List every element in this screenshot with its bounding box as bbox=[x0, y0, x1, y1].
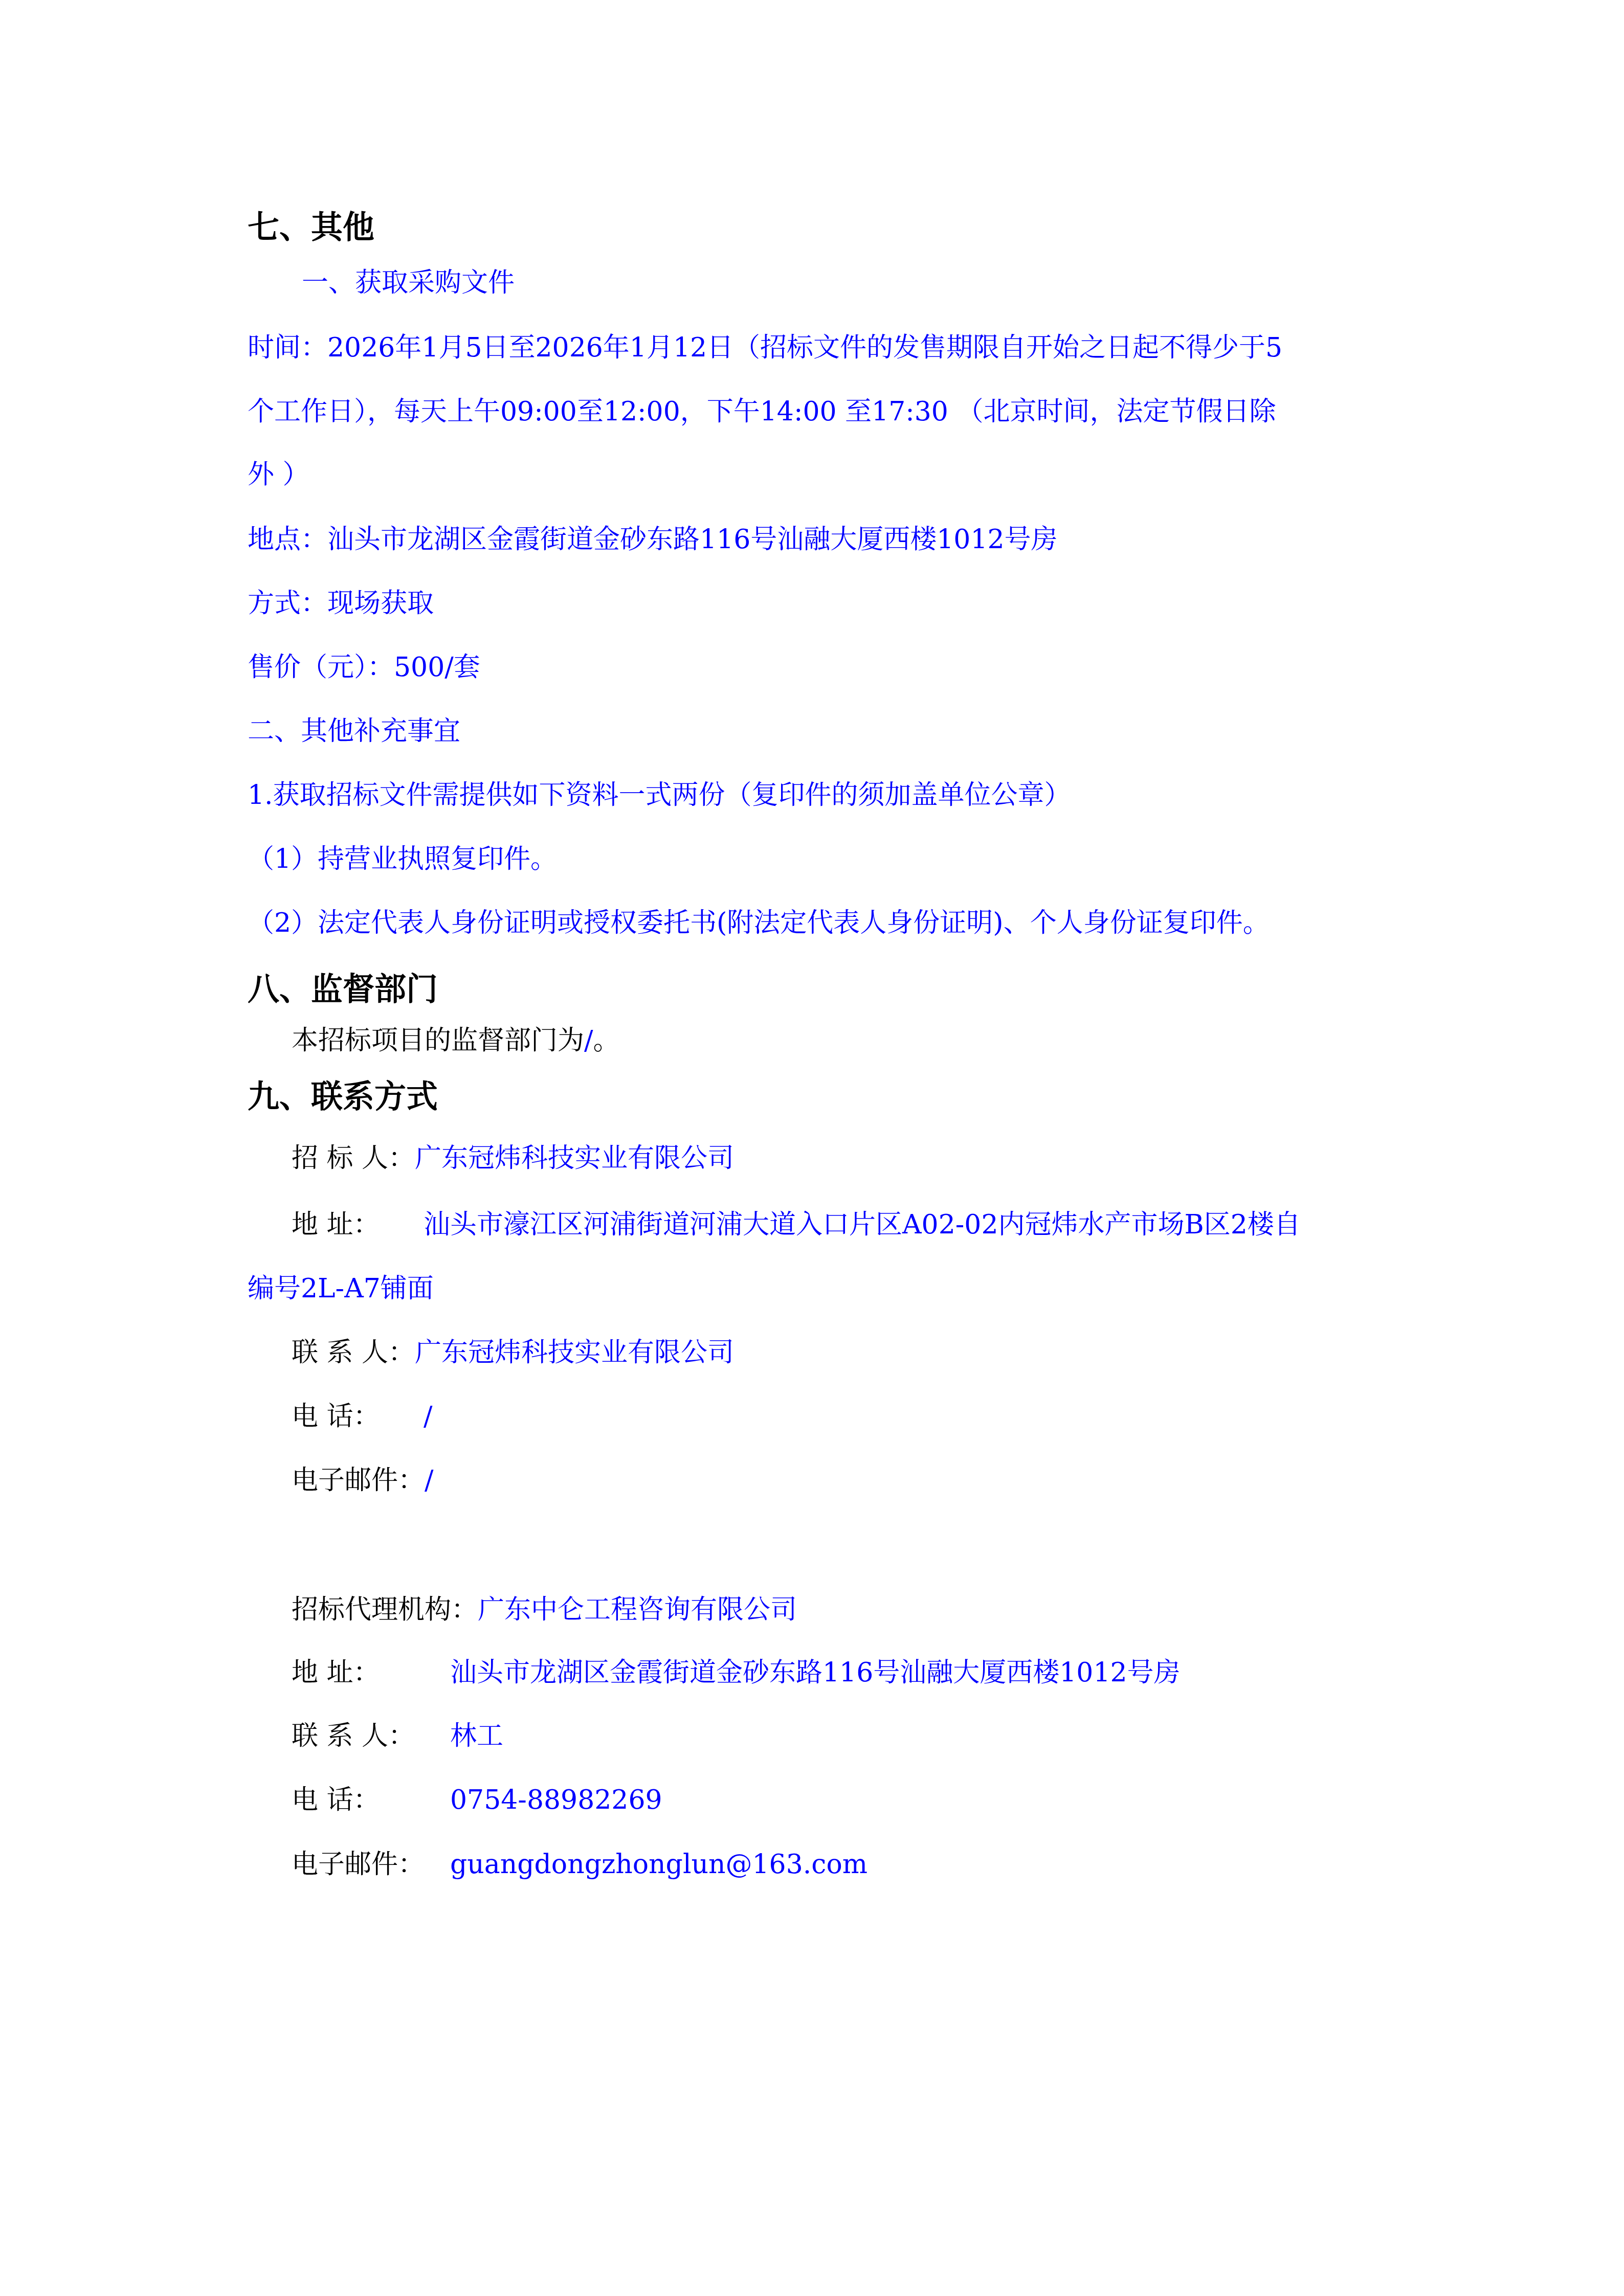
tenderer-phone-value: / bbox=[424, 1401, 433, 1432]
agent-phone-row: 电 话：0754-88982269 bbox=[292, 1782, 662, 1818]
requirement-item-1: 1.获取招标文件需提供如下资料一式两份（复印件的须加盖单位公章） bbox=[248, 777, 1071, 813]
price-line: 售价（元）：500/套 bbox=[248, 649, 480, 685]
time-line-2: 个工作日），每天上午09:00至12:00，下午14:00 至17:30 （北京… bbox=[248, 394, 1276, 430]
subsection-other-title: 二、其他补充事宜 bbox=[248, 713, 460, 749]
tenderer-address-row: 地 址：汕头市濠江区河浦街道河浦大道入口片区A02-02内冠炜水产市场B区2楼自 bbox=[292, 1207, 1301, 1243]
tenderer-email-label: 电子邮件： bbox=[292, 1462, 425, 1498]
section-8-heading: 八、监督部门 bbox=[248, 972, 438, 1007]
supervision-text-suffix: 。 bbox=[593, 1025, 620, 1056]
section-7-heading: 七、其他 bbox=[248, 210, 374, 245]
tenderer-contact-label: 联 系 人： bbox=[292, 1335, 415, 1370]
agent-name-value: 广东中仑工程咨询有限公司 bbox=[478, 1594, 797, 1625]
subsection-obtain-docs-title: 一、获取采购文件 bbox=[302, 265, 515, 301]
tenderer-address-label: 地 址： bbox=[292, 1207, 424, 1243]
time-line-1: 时间：2026年1月5日至2026年1月12日（招标文件的发售期限自开始之日起不… bbox=[248, 330, 1282, 366]
agent-contact-value: 林工 bbox=[450, 1721, 503, 1751]
agent-email-label: 电子邮件： bbox=[292, 1847, 450, 1882]
agent-email-value: guangdongzhonglun@163.com bbox=[450, 1849, 867, 1880]
tenderer-name-value: 广东冠炜科技实业有限公司 bbox=[415, 1143, 734, 1174]
agent-contact-label: 联 系 人： bbox=[292, 1718, 450, 1754]
agent-email-row: 电子邮件：guangdongzhonglun@163.com bbox=[292, 1847, 867, 1882]
tenderer-phone-label: 电 话： bbox=[292, 1399, 424, 1434]
tenderer-contact-row: 联 系 人：广东冠炜科技实业有限公司 bbox=[292, 1335, 734, 1370]
tenderer-email-row: 电子邮件：/ bbox=[292, 1462, 434, 1498]
location-line: 地点：汕头市龙湖区金霞街道金砂东路116号汕融大厦西楼1012号房 bbox=[248, 522, 1058, 557]
agent-address-value: 汕头市龙湖区金霞街道金砂东路116号汕融大厦西楼1012号房 bbox=[450, 1657, 1181, 1688]
tenderer-email-value: / bbox=[425, 1465, 434, 1496]
tenderer-contact-value: 广东冠炜科技实业有限公司 bbox=[415, 1337, 734, 1368]
agent-address-label: 地 址： bbox=[292, 1655, 450, 1691]
requirement-item-1-2: （2）法定代表人身份证明或授权委托书(附法定代表人身份证明)、个人身份证复印件。 bbox=[248, 905, 1270, 941]
requirement-item-1-1: （1）持营业执照复印件。 bbox=[248, 841, 557, 877]
tenderer-address-value-line2: 编号2L-A7铺面 bbox=[248, 1271, 434, 1307]
time-line-3: 外 ） bbox=[248, 457, 309, 492]
document-page: 七、其他 一、获取采购文件 时间：2026年1月5日至2026年1月12日（招标… bbox=[0, 0, 1624, 2296]
tenderer-name-row: 招 标 人：广东冠炜科技实业有限公司 bbox=[292, 1140, 734, 1176]
section-9-heading: 九、联系方式 bbox=[248, 1079, 438, 1115]
supervision-value: / bbox=[584, 1025, 593, 1056]
tenderer-name-label: 招 标 人： bbox=[292, 1140, 415, 1176]
supervision-text: 本招标项目的监督部门为/。 bbox=[292, 1023, 620, 1059]
agent-name-label: 招标代理机构： bbox=[292, 1592, 478, 1628]
agent-phone-label: 电 话： bbox=[292, 1782, 450, 1818]
agent-phone-value: 0754-88982269 bbox=[450, 1785, 662, 1815]
agent-contact-row: 联 系 人：林工 bbox=[292, 1718, 503, 1754]
supervision-text-prefix: 本招标项目的监督部门为 bbox=[292, 1025, 584, 1056]
tenderer-phone-row: 电 话：/ bbox=[292, 1399, 433, 1434]
method-line: 方式：现场获取 bbox=[248, 586, 434, 621]
agent-name-row: 招标代理机构：广东中仑工程咨询有限公司 bbox=[292, 1592, 797, 1628]
agent-address-row: 地 址：汕头市龙湖区金霞街道金砂东路116号汕融大厦西楼1012号房 bbox=[292, 1655, 1181, 1691]
tenderer-address-value-line1: 汕头市濠江区河浦街道河浦大道入口片区A02-02内冠炜水产市场B区2楼自 bbox=[424, 1209, 1301, 1240]
